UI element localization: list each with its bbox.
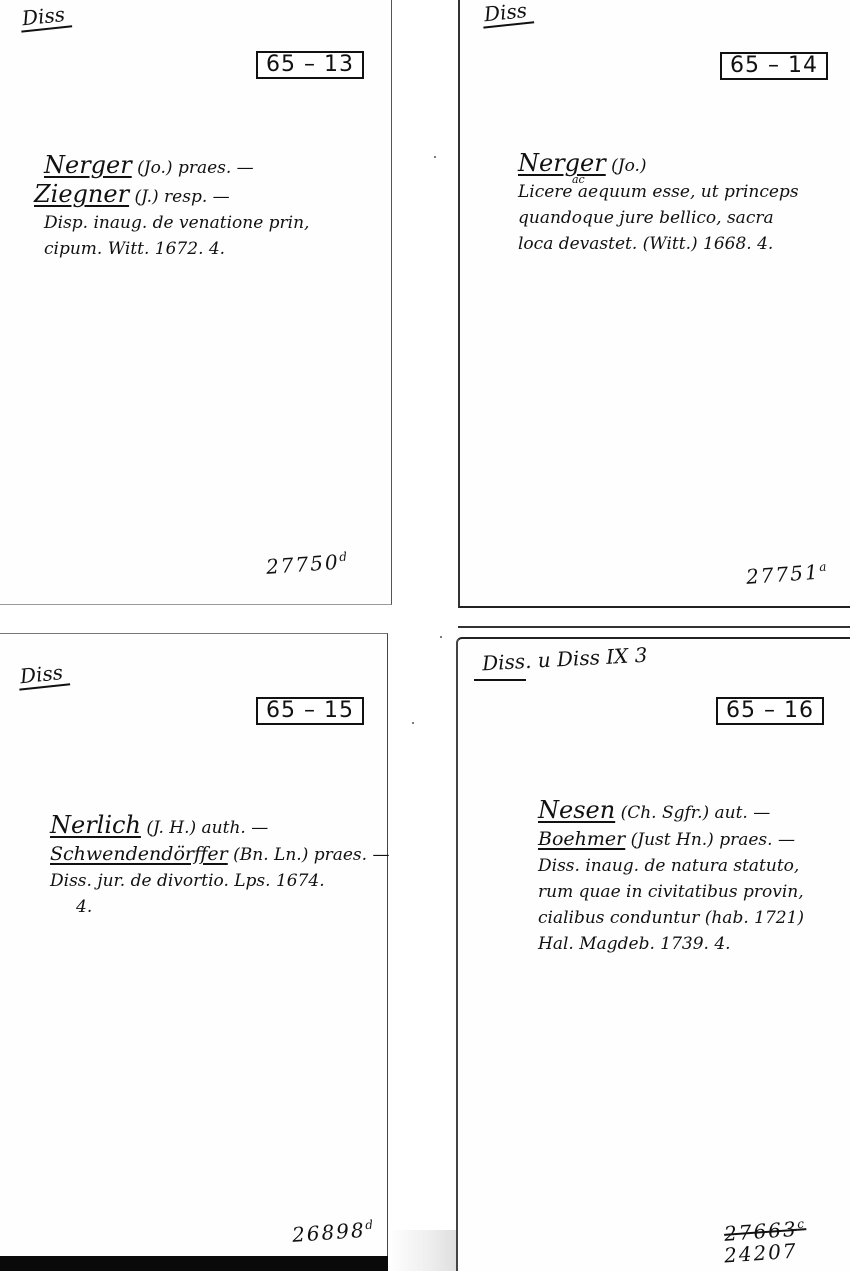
- card-entry: Nerger (Jo.) praes. — Ziegner (J.) resp.…: [44, 152, 309, 262]
- respondent-detail: (J.) resp. —: [134, 187, 229, 207]
- title-line-2: 4.: [50, 894, 389, 920]
- title-line-2: rum quae in civitatibus provin,: [538, 879, 804, 905]
- heading-line: Nesen (Ch. Sgfr.) aut. —: [538, 797, 804, 826]
- praeses-name: Boehmer: [538, 828, 625, 850]
- praeses-detail: (Just Hn.) praes. —: [631, 830, 795, 850]
- scan-shadow: [388, 1230, 458, 1271]
- accession-number: 27750d: [265, 549, 350, 579]
- accession-number: 27751a: [745, 559, 829, 589]
- shelfmark-box: 65 – 16: [716, 697, 824, 725]
- respondent-name: Ziegner: [34, 180, 129, 208]
- accession-suffix: c: [797, 1216, 807, 1231]
- accession-digits: 26898: [291, 1218, 366, 1247]
- scan-speck: [412, 722, 414, 724]
- insertion-mark: ac: [572, 167, 585, 193]
- accession-suffix: d: [365, 1217, 376, 1232]
- card-edge-divider: [458, 626, 850, 628]
- author-detail: (Jo.): [611, 156, 646, 176]
- title-line-2: quandoque jure bellico, sacra: [518, 205, 799, 231]
- catalog-card-65-15: Diss 65 – 15 Nerlich (J. H.) auth. — Sch…: [0, 633, 388, 1263]
- author-detail: (Jo.) praes. —: [137, 158, 254, 178]
- card-entry: Nerger (Jo.) ac Licere aequum esse, ut p…: [518, 150, 799, 257]
- accession-number-2: 24207: [723, 1238, 798, 1267]
- heading-line: Nerger (Jo.) praes. —: [44, 152, 309, 181]
- category-mark: Diss: [19, 1, 72, 32]
- author-detail: (Ch. Sgfr.) aut. —: [621, 803, 771, 823]
- title-line-2: cipum. Witt. 1672. 4.: [44, 236, 309, 262]
- accession-suffix: a: [819, 559, 829, 574]
- catalog-card-65-14: Diss 65 – 14 Nerger (Jo.) ac Licere aequ…: [458, 0, 850, 608]
- author-name: Nerlich: [50, 811, 141, 839]
- category-mark: Diss: [17, 659, 70, 690]
- accession-digits: 27750: [265, 550, 340, 579]
- praeses-name: Schwendendörffer: [50, 843, 228, 865]
- title-line-1: Diss. inaug. de natura statuto,: [538, 853, 804, 879]
- second-line: Boehmer (Just Hn.) praes. —: [538, 826, 804, 853]
- catalog-card-65-13: Diss 65 – 13 Nerger (Jo.) praes. — Ziegn…: [0, 0, 392, 605]
- author-detail: (J. H.) auth. —: [146, 818, 268, 838]
- author-name: Nerger: [518, 149, 606, 177]
- title-text: Licere aequum esse, ut princeps: [518, 182, 799, 202]
- category-mark: Diss: [481, 0, 534, 29]
- catalog-card-65-16: Diss. u Diss IX 3 65 – 16 Nesen (Ch. Sgf…: [456, 637, 850, 1271]
- shelfmark-box: 65 – 15: [256, 697, 364, 725]
- category-mark: Diss. u Diss IX 3: [481, 643, 647, 676]
- title-line-1: Disp. inaug. de venatione prin,: [44, 210, 309, 236]
- second-line: Schwendendörffer (Bn. Ln.) praes. —: [50, 841, 389, 868]
- underline-stroke: [474, 679, 526, 681]
- scan-edge-bar: [0, 1256, 388, 1271]
- title-line-3: cialibus conduntur (hab. 1721): [538, 905, 804, 931]
- title-line-1: ac Licere aequum esse, ut princeps: [518, 179, 799, 205]
- scan-speck: [440, 636, 442, 638]
- praeses-detail: (Bn. Ln.) praes. —: [233, 845, 389, 865]
- title-line-1: Diss. jur. de divortio. Lps. 1674.: [50, 868, 389, 894]
- author-name: Nesen: [538, 796, 615, 824]
- accession-suffix: d: [339, 549, 350, 564]
- scan-speck: [434, 156, 436, 158]
- accession-digits: 27751: [745, 560, 820, 589]
- second-line: Ziegner (J.) resp. —: [44, 181, 309, 210]
- accession-number: 26898d: [291, 1217, 376, 1247]
- title-line-3: loca devastet. (Witt.) 1668. 4.: [518, 231, 799, 257]
- shelfmark-box: 65 – 14: [720, 52, 828, 80]
- heading-line: Nerlich (J. H.) auth. —: [50, 812, 389, 841]
- card-entry: Nesen (Ch. Sgfr.) aut. — Boehmer (Just H…: [538, 797, 804, 957]
- title-line-4: Hal. Magdeb. 1739. 4.: [538, 931, 804, 957]
- author-name: Nerger: [44, 151, 132, 179]
- shelfmark-box: 65 – 13: [256, 51, 364, 79]
- card-entry: Nerlich (J. H.) auth. — Schwendendörffer…: [50, 812, 389, 920]
- heading-line: Nerger (Jo.): [518, 150, 799, 179]
